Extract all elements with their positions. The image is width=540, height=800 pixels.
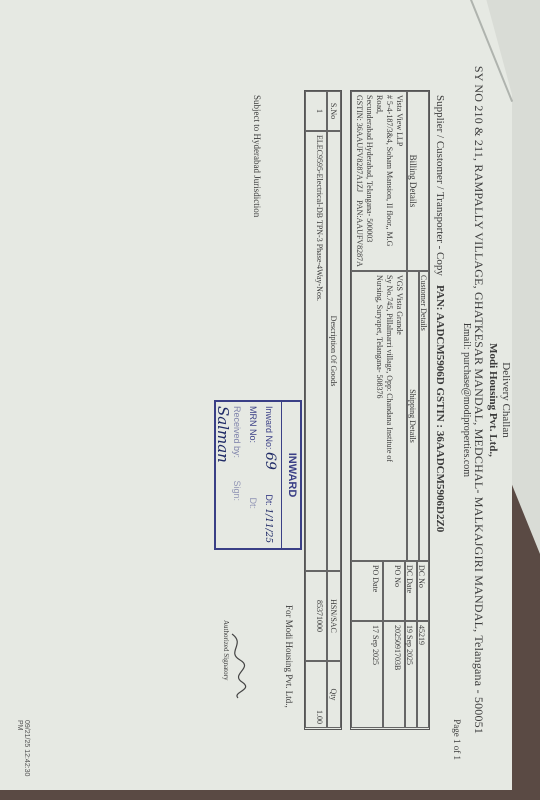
pan-gstin: PAN: AADCM5906D GSTIN : 36AADCM5906D2Z0 bbox=[434, 285, 446, 532]
customer-header: Customer Details bbox=[419, 271, 429, 561]
dc-no-label: DC No bbox=[417, 561, 429, 621]
document-title: Delivery Challan bbox=[500, 20, 512, 780]
col-description: Description Of Goods bbox=[327, 131, 341, 571]
details-table: Billing Details Customer Details Shippin… bbox=[350, 90, 430, 730]
paper: Delivery Challan Modi Housing Pvt. Ltd.,… bbox=[0, 0, 540, 800]
row-sno: 1 bbox=[305, 91, 327, 131]
inward-no-value: 69 bbox=[262, 452, 278, 470]
inward-date-value: 1/11/25 bbox=[263, 508, 273, 543]
mrn-no-label: MRN No: bbox=[248, 406, 258, 443]
billing-name: Vista View LLP bbox=[394, 95, 404, 267]
copy-row: Supplier / Customer / Transporter - Copy… bbox=[434, 95, 446, 735]
items-table: S.No Description Of Goods HSN/SAC Qty 1 … bbox=[304, 90, 342, 730]
shipping-line2: Nursing, Suryapet, Telangana- 508376 bbox=[374, 275, 384, 557]
inward-no-label: Inward No: bbox=[264, 406, 274, 450]
po-no-label: PO No bbox=[383, 561, 405, 621]
billing-details: Vista View LLP # 5-4-187/3&4, Soham Mans… bbox=[351, 91, 407, 271]
po-date-label: PO Date bbox=[351, 561, 383, 621]
row-hsn: 85371000 bbox=[305, 571, 327, 661]
inward-date-label: Dt: bbox=[264, 494, 274, 506]
company-address: SY NO 210 & 211, RAMPALLY VILLAGE, GHATK… bbox=[471, 20, 486, 780]
row-description: ELEC9595-Electrical-DB TPN-3 Phase-4Way-… bbox=[305, 131, 327, 571]
shipping-details: VGS Vista Grande Sy No.745, Pillalmarri … bbox=[351, 271, 407, 561]
shipping-line1: Sy No.745, Pillalmarri village, Opp: Cha… bbox=[384, 275, 394, 557]
dc-no-value: 45219 bbox=[417, 621, 429, 728]
col-sno: S.No bbox=[327, 91, 341, 131]
delivery-challan: Delivery Challan Modi Housing Pvt. Ltd.,… bbox=[10, 20, 530, 780]
authorized-signatory: Authorized Signatory bbox=[222, 620, 230, 680]
billing-line2: Secunderabad Hyderabad, Telangana- 50000… bbox=[364, 95, 374, 267]
col-hsn: HSN/SAC bbox=[327, 571, 341, 661]
stamp-sign-label: Sign: bbox=[232, 481, 242, 502]
dc-date-label: DC Date bbox=[405, 561, 417, 621]
billing-line1: # 5-4-187/3&4, Soham Mansion, II floor,,… bbox=[374, 95, 394, 267]
billing-header: Billing Details bbox=[407, 91, 429, 271]
company-name: Modi Housing Pvt. Ltd., bbox=[487, 20, 499, 780]
po-date-value: 17 Sep 2025 bbox=[351, 621, 383, 728]
for-company: For Modi Housing Pvt. Ltd., bbox=[284, 605, 294, 708]
received-by-label: Received by: bbox=[232, 406, 242, 458]
company-email: Email: purchase@modiproperties.com bbox=[461, 20, 472, 780]
page-info: Page 1 of 1 bbox=[452, 719, 462, 760]
row-qty: 1.00 bbox=[305, 661, 327, 728]
billing-pan: PAN:AAUFV8287A bbox=[355, 200, 364, 267]
shipping-header: Shipping Details bbox=[407, 271, 419, 561]
billing-gstin: GSTIN: 36AAUFV8287A1ZJ bbox=[355, 95, 364, 192]
po-no-value: 2025091703B bbox=[383, 621, 405, 728]
shipping-name: VGS Vista Grande bbox=[394, 275, 404, 557]
copy-label: Supplier / Customer / Transporter - Copy bbox=[434, 95, 446, 276]
col-qty: Qty bbox=[327, 661, 341, 728]
dc-date-value: 19 Sep 2025 bbox=[405, 621, 417, 728]
stamp-title: INWARD bbox=[281, 402, 298, 548]
received-by-value: Salman bbox=[214, 406, 232, 463]
print-timestamp: 09/21/25 12:42:30 PM bbox=[16, 720, 30, 780]
jurisdiction-note: Subject to Hyderabad Jurisdiction bbox=[252, 95, 262, 217]
mrn-date-label: Dt: bbox=[248, 498, 258, 510]
inward-stamp: INWARD Inward No: 69 Dt: 1/11/25 MRN No:… bbox=[214, 400, 302, 550]
